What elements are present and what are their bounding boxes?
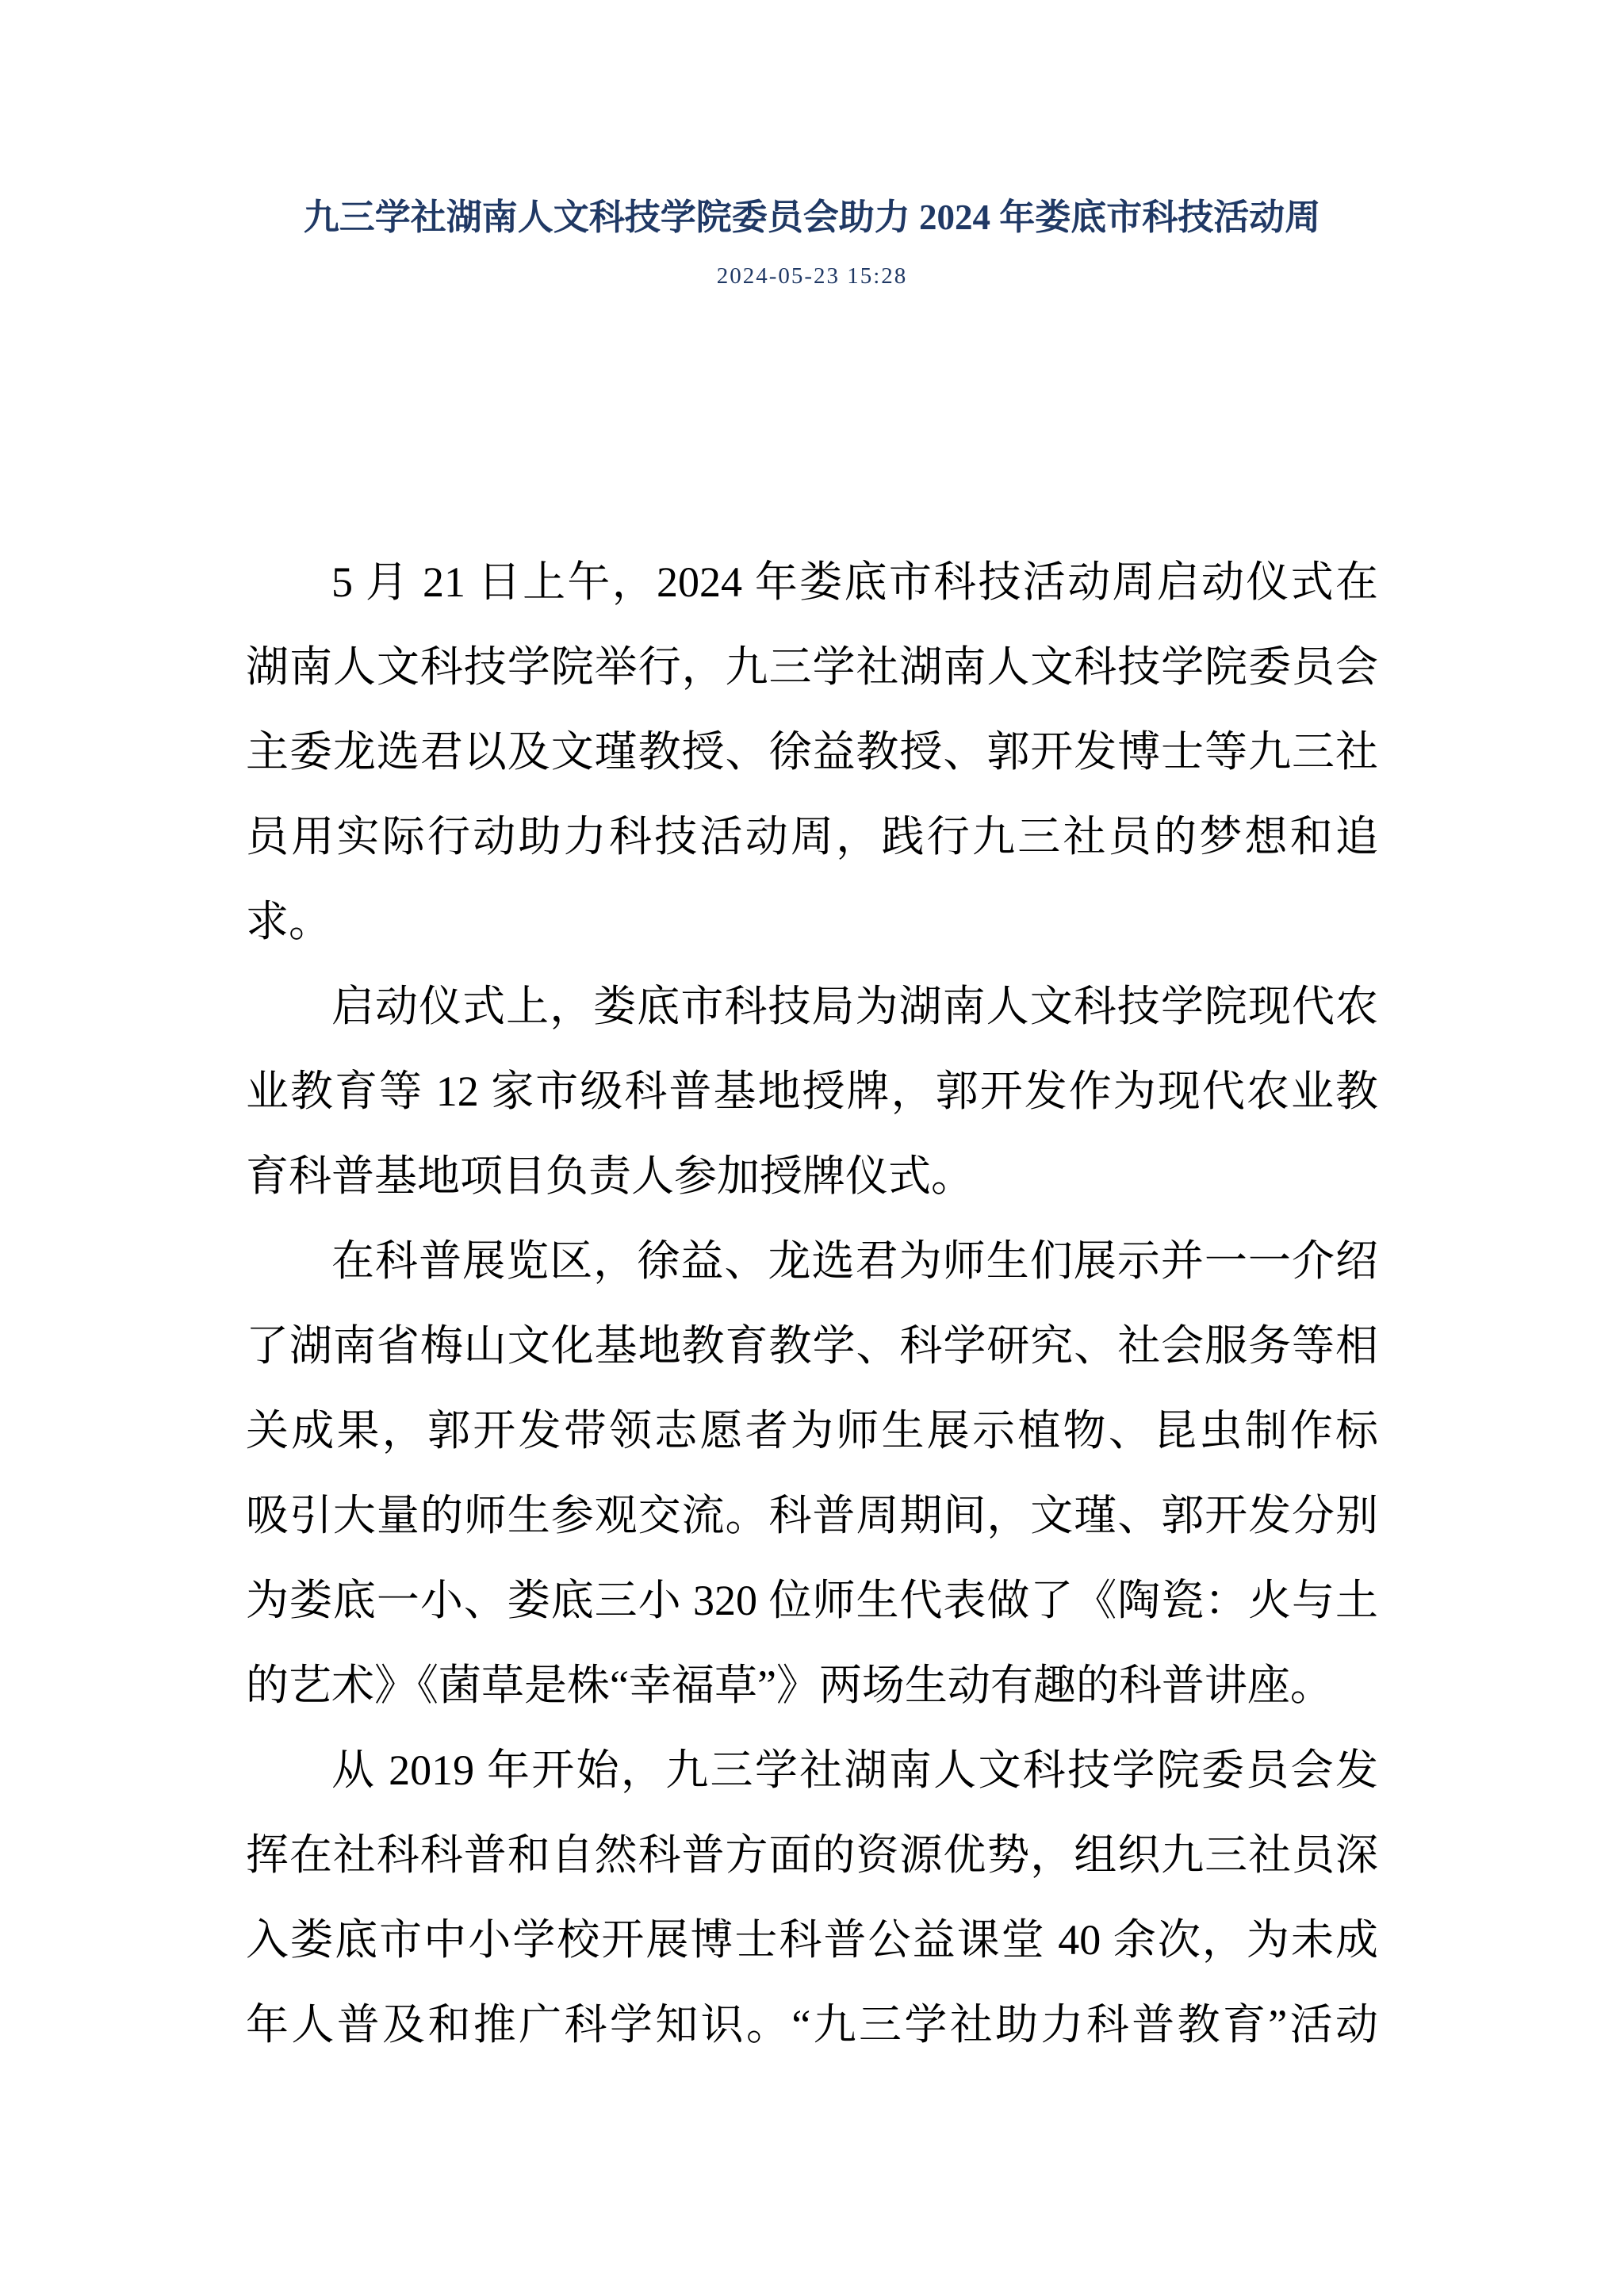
paragraph: 在科普展览区，徐益、龙选君为师生们展示并一一介绍了湖南省梅山文化基地教育教学、科… — [246, 1219, 1378, 1728]
paragraph: 从 2019 年开始，九三学社湖南人文科技学院委员会发挥在社科科普和自然科普方面… — [246, 1728, 1378, 2068]
text-line: 主委龙选君以及文瑾教授、徐益教授、郭开发博士等九三社 — [246, 710, 1378, 795]
text-line: 入娄底市中小学校开展博士科普公益课堂 40 余次，为未成 — [246, 1898, 1378, 1983]
article-body: 5 月 21 日上午，2024 年娄底市科技活动周启动仪式在湖南人文科技学院举行… — [246, 540, 1378, 2068]
text-line: 启动仪式上，娄底市科技局为湖南人文科技学院现代农 — [246, 964, 1378, 1049]
text-line: 关成果，郭开发带领志愿者为师生展示植物、昆虫制作标本， — [246, 1389, 1378, 1474]
paragraph: 启动仪式上，娄底市科技局为湖南人文科技学院现代农业教育等 12 家市级科普基地授… — [246, 964, 1378, 1219]
text-line: 育科普基地项目负责人参加授牌仪式。 — [246, 1134, 1378, 1219]
text-line: 的艺术》《菌草是株“幸福草”》两场生动有趣的科普讲座。 — [246, 1643, 1378, 1728]
publish-timestamp: 2024-05-23 15:28 — [0, 263, 1624, 289]
text-line: 5 月 21 日上午，2024 年娄底市科技活动周启动仪式在 — [246, 540, 1378, 625]
paragraph: 5 月 21 日上午，2024 年娄底市科技活动周启动仪式在湖南人文科技学院举行… — [246, 540, 1378, 964]
text-line: 了湖南省梅山文化基地教育教学、科学研究、社会服务等相 — [246, 1304, 1378, 1389]
text-line: 年人普及和推广科学知识。“九三学社助力科普教育”活动 — [246, 1983, 1378, 2068]
text-line: 求。 — [246, 880, 1378, 964]
text-line: 在科普展览区，徐益、龙选君为师生们展示并一一介绍 — [246, 1219, 1378, 1304]
text-line: 湖南人文科技学院举行，九三学社湖南人文科技学院委员会 — [246, 625, 1378, 710]
text-line: 业教育等 12 家市级科普基地授牌，郭开发作为现代农业教 — [246, 1049, 1378, 1134]
article-title: 九三学社湖南人文科技学院委员会助力 2024 年娄底市科技活动周 — [0, 0, 1624, 238]
text-line: 吸引大量的师生参观交流。科普周期间，文瑾、郭开发分别 — [246, 1474, 1378, 1558]
text-line: 为娄底一小、娄底三小 320 位师生代表做了《陶瓷：火与土 — [246, 1558, 1378, 1643]
text-line: 挥在社科科普和自然科普方面的资源优势，组织九三社员深 — [246, 1813, 1378, 1898]
text-line: 员用实际行动助力科技活动周，践行九三社员的梦想和追 — [246, 795, 1378, 880]
text-line: 从 2019 年开始，九三学社湖南人文科技学院委员会发 — [246, 1728, 1378, 1813]
document-page: 九三学社湖南人文科技学院委员会助力 2024 年娄底市科技活动周 2024-05… — [0, 0, 1624, 2296]
